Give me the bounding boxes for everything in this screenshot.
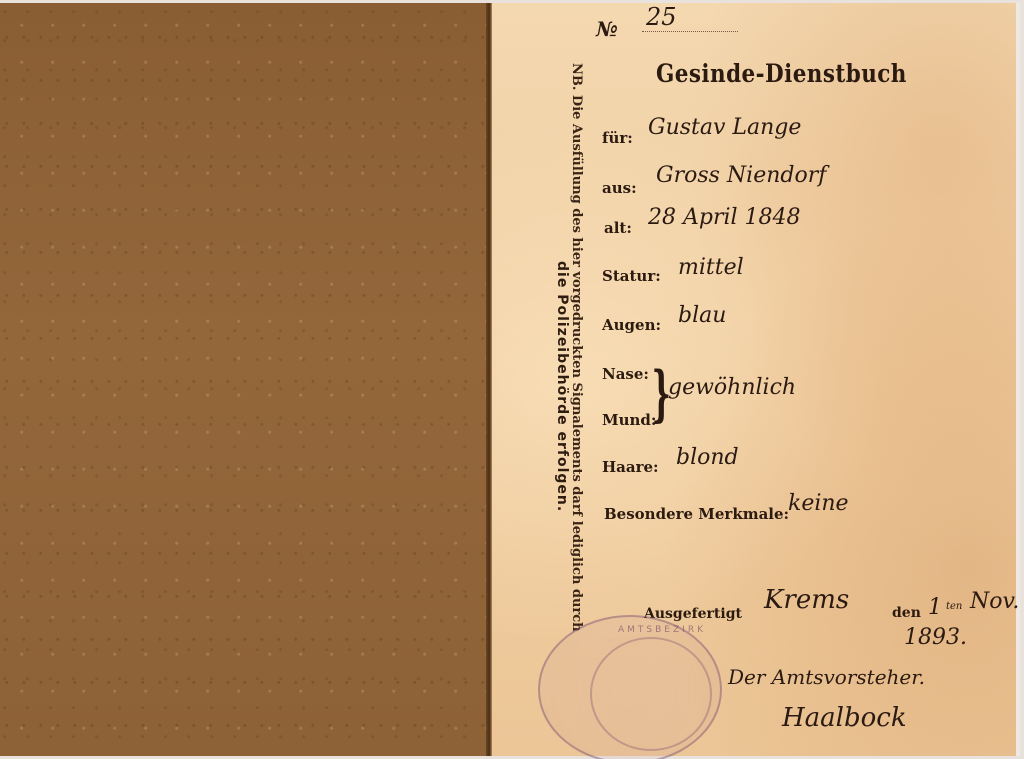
field-value-hair: blond [676,445,739,470]
vertical-notice: NB. Die Ausfüllung des hier vorgedruckte… [569,63,584,663]
document-page: NB. Die Ausfüllung des hier vorgedruckte… [492,3,1020,756]
seal-text: AMTSBEZIRK [618,625,706,635]
signature-name: Haalbock [782,703,907,733]
issued-month: Nov. [970,589,1019,614]
field-label-fuer: für: [602,129,633,147]
book-cover-inside [0,3,490,756]
field-label-alt: alt: [604,219,632,237]
number-label: № [596,17,618,41]
field-value-origin: Gross Niendorf [656,163,826,188]
field-value-nose-mouth: gewöhnlich [668,375,796,400]
field-label-mund: Mund: [602,411,656,429]
field-label-augen: Augen: [602,316,661,334]
field-label-aus: aus: [602,179,637,197]
field-label-statur: Statur: [602,267,661,285]
signature-title: Der Amtsvorsteher. [728,665,925,689]
field-value-name: Gustav Lange [648,115,801,140]
issued-place: Krems [764,585,849,615]
scanned-document: NB. Die Ausfüllung des hier vorgedruckte… [0,3,1024,756]
issued-day-suffix: ten [946,601,962,612]
document-title: Gesinde-Dienstbuch [656,59,907,88]
field-label-nase: Nase: [602,365,649,383]
field-label-merkmale: Besondere Merkmale: [604,505,789,523]
field-value-stature: mittel [678,255,744,280]
field-value-marks: keine [788,491,849,516]
vertical-notice-authority: die Polizeibehörde erfolgen. [554,261,570,661]
field-value-birthdate: 28 April 1848 [648,205,801,230]
official-seal-stamp: AMTSBEZIRK [538,615,722,759]
issued-day: 1 [928,595,942,620]
issued-den-label: den [892,605,921,621]
page-edge [1016,3,1020,756]
field-label-haare: Haare: [602,458,659,476]
field-value-eyes: blau [678,303,726,328]
issued-year: 1893. [904,625,967,650]
seal-inner-ring [590,637,712,751]
number-value: 25 [642,3,738,32]
